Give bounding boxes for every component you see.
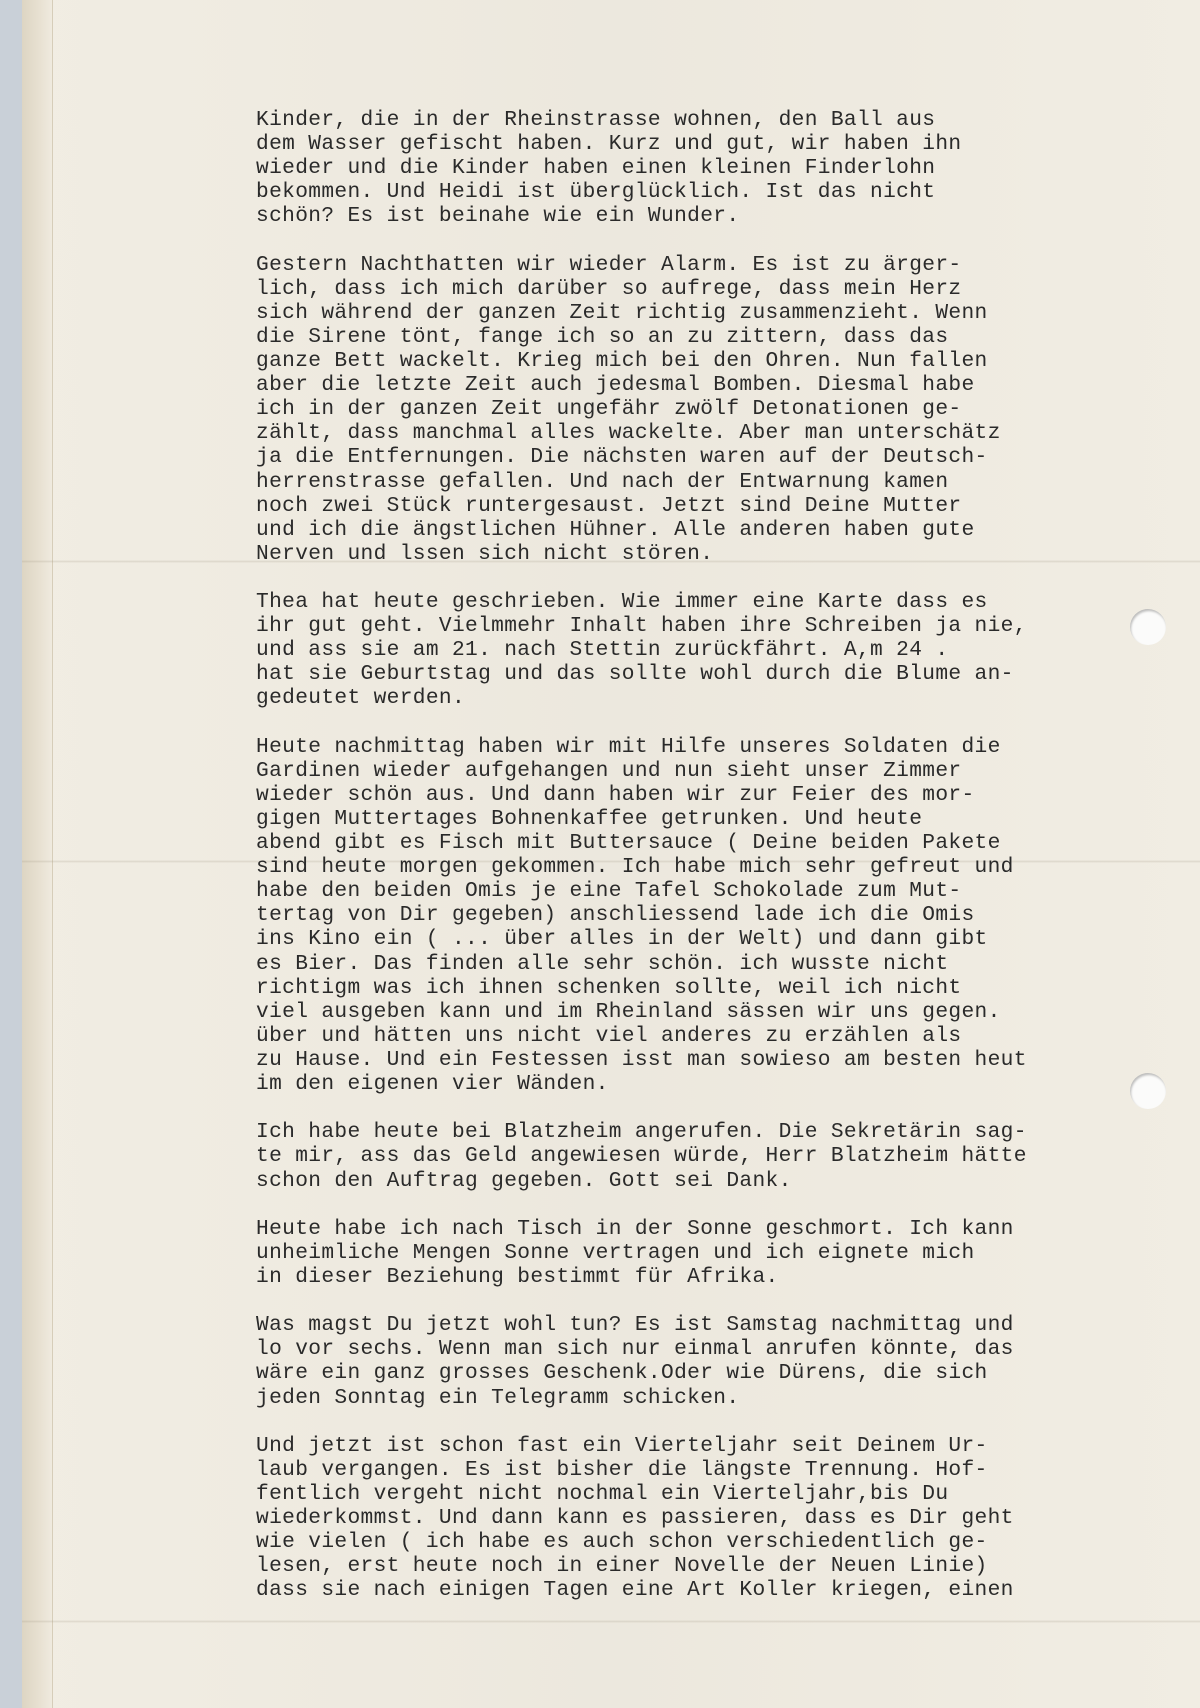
text-line: Und jetzt ist schon fast ein Vierteljahr… bbox=[256, 1434, 1156, 1458]
text-line: Nerven und lssen sich nicht stören. bbox=[256, 542, 1156, 566]
paragraph: Heute habe ich nach Tisch in der Sonne g… bbox=[256, 1217, 1156, 1289]
text-line: hat sie Geburtstag und das sollte wohl d… bbox=[256, 662, 1156, 686]
text-line: dem Wasser gefischt haben. Kurz und gut,… bbox=[256, 132, 1156, 156]
text-line: unheimliche Mengen Sonne vertragen und i… bbox=[256, 1241, 1156, 1265]
text-line: viel ausgeben kann und im Rheinland säss… bbox=[256, 1000, 1156, 1024]
text-line: sind heute morgen gekommen. Ich habe mic… bbox=[256, 855, 1156, 879]
text-line: Gestern Nachthatten wir wieder Alarm. Es… bbox=[256, 253, 1156, 277]
text-line: laub vergangen. Es ist bisher die längst… bbox=[256, 1458, 1156, 1482]
text-line: wäre ein ganz grosses Geschenk.Oder wie … bbox=[256, 1361, 1156, 1385]
text-line: ganze Bett wackelt. Krieg mich bei den O… bbox=[256, 349, 1156, 373]
text-line: gigen Muttertages Bohnenkaffee getrunken… bbox=[256, 807, 1156, 831]
text-line: noch zwei Stück runtergesaust. Jetzt sin… bbox=[256, 494, 1156, 518]
text-line: Gardinen wieder aufgehangen und nun sieh… bbox=[256, 759, 1156, 783]
paragraph: Heute nachmittag haben wir mit Hilfe uns… bbox=[256, 735, 1156, 1096]
text-line: wieder schön aus. Und dann haben wir zur… bbox=[256, 783, 1156, 807]
text-line: ja die Entfernungen. Die nächsten waren … bbox=[256, 445, 1156, 469]
text-line: te mir, ass das Geld angewiesen würde, H… bbox=[256, 1144, 1156, 1168]
text-line: Kinder, die in der Rheinstrasse wohnen, … bbox=[256, 108, 1156, 132]
text-line: zählt, dass manchmal alles wackelte. Abe… bbox=[256, 421, 1156, 445]
paragraph: Was magst Du jetzt wohl tun? Es ist Sams… bbox=[256, 1313, 1156, 1409]
text-line: über und hätten uns nicht viel anderes z… bbox=[256, 1024, 1156, 1048]
text-line: aber die letzte Zeit auch jedesmal Bombe… bbox=[256, 373, 1156, 397]
text-line: gedeutet werden. bbox=[256, 686, 1156, 710]
text-line: zu Hause. Und ein Festessen isst man sow… bbox=[256, 1048, 1156, 1072]
text-line: tertag von Dir gegeben) anschliessend la… bbox=[256, 903, 1156, 927]
text-line: dass sie nach einigen Tagen eine Art Kol… bbox=[256, 1578, 1156, 1602]
paper-left-edge bbox=[22, 0, 53, 1708]
text-line: herrenstrasse gefallen. Und nach der Ent… bbox=[256, 470, 1156, 494]
text-line: lo vor sechs. Wenn man sich nur einmal a… bbox=[256, 1337, 1156, 1361]
text-line: bekommen. Und Heidi ist überglücklich. I… bbox=[256, 180, 1156, 204]
text-line: ich in der ganzen Zeit ungefähr zwölf De… bbox=[256, 397, 1156, 421]
text-line: und ich die ängstlichen Hühner. Alle and… bbox=[256, 518, 1156, 542]
text-line: Was magst Du jetzt wohl tun? Es ist Sams… bbox=[256, 1313, 1156, 1337]
text-line: lich, dass ich mich darüber so aufrege, … bbox=[256, 277, 1156, 301]
text-line: im den eigenen vier Wänden. bbox=[256, 1072, 1156, 1096]
text-line: jeden Sonntag ein Telegramm schicken. bbox=[256, 1386, 1156, 1410]
letter-body: Kinder, die in der Rheinstrasse wohnen, … bbox=[256, 108, 1156, 1627]
text-line: Heute nachmittag haben wir mit Hilfe uns… bbox=[256, 735, 1156, 759]
text-line: und ass sie am 21. nach Stettin zurückfä… bbox=[256, 638, 1156, 662]
text-line: abend gibt es Fisch mit Buttersauce ( De… bbox=[256, 831, 1156, 855]
text-line: habe den beiden Omis je eine Tafel Schok… bbox=[256, 879, 1156, 903]
paragraph: Und jetzt ist schon fast ein Vierteljahr… bbox=[256, 1434, 1156, 1603]
text-line: wie vielen ( ich habe es auch schon vers… bbox=[256, 1530, 1156, 1554]
text-line: ins Kino ein ( ... über alles in der Wel… bbox=[256, 927, 1156, 951]
text-line: wieder und die Kinder haben einen kleine… bbox=[256, 156, 1156, 180]
text-line: Ich habe heute bei Blatzheim angerufen. … bbox=[256, 1120, 1156, 1144]
text-line: wiederkommst. Und dann kann es passieren… bbox=[256, 1506, 1156, 1530]
text-line: Heute habe ich nach Tisch in der Sonne g… bbox=[256, 1217, 1156, 1241]
paragraph: Thea hat heute geschrieben. Wie immer ei… bbox=[256, 590, 1156, 710]
text-line: die Sirene tönt, fange ich so an zu zitt… bbox=[256, 325, 1156, 349]
text-line: fentlich vergeht nicht nochmal ein Viert… bbox=[256, 1482, 1156, 1506]
text-line: es Bier. Das finden alle sehr schön. ich… bbox=[256, 952, 1156, 976]
paragraph: Gestern Nachthatten wir wieder Alarm. Es… bbox=[256, 253, 1156, 566]
paragraph: Kinder, die in der Rheinstrasse wohnen, … bbox=[256, 108, 1156, 228]
text-line: in dieser Beziehung bestimmt für Afrika. bbox=[256, 1265, 1156, 1289]
text-line: Thea hat heute geschrieben. Wie immer ei… bbox=[256, 590, 1156, 614]
text-line: lesen, erst heute noch in einer Novelle … bbox=[256, 1554, 1156, 1578]
text-line: schon den Auftrag gegeben. Gott sei Dank… bbox=[256, 1169, 1156, 1193]
text-line: schön? Es ist beinahe wie ein Wunder. bbox=[256, 204, 1156, 228]
text-line: sich während der ganzen Zeit richtig zus… bbox=[256, 301, 1156, 325]
text-line: ihr gut geht. Vielmmehr Inhalt haben ihr… bbox=[256, 614, 1156, 638]
paragraph: Ich habe heute bei Blatzheim angerufen. … bbox=[256, 1120, 1156, 1192]
text-line: richtigm was ich ihnen schenken sollte, … bbox=[256, 976, 1156, 1000]
